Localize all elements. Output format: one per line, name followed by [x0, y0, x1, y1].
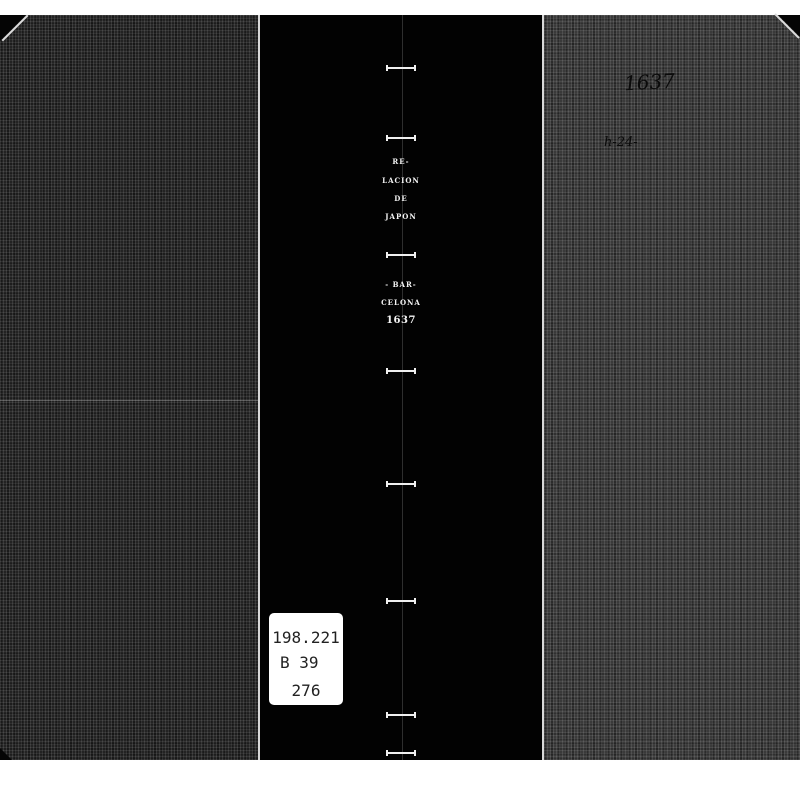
spine-title-line: LACION	[260, 176, 542, 185]
spine-title-line: - BAR-	[260, 280, 542, 289]
spine-title-line: JAPON	[260, 212, 542, 221]
book-cover: RE- LACION DE JAPON - BAR- CELONA 1637 1…	[0, 15, 800, 760]
spine-title-line: RE-	[260, 157, 542, 166]
label-line-3: 276	[269, 681, 343, 700]
front-board	[0, 15, 258, 760]
spine-band	[386, 254, 416, 256]
label-line-2: B 39	[280, 653, 354, 672]
crease-line	[0, 400, 258, 401]
spine-year: 1637	[260, 315, 542, 326]
spine-title-line: CELONA	[260, 298, 542, 307]
spine-band	[386, 67, 416, 69]
handwritten-note: h-24-	[604, 135, 638, 150]
label-line-1: 198.221	[269, 628, 343, 647]
spine-band	[386, 752, 416, 754]
spine-band	[386, 483, 416, 485]
spine-band	[386, 137, 416, 139]
spine-band	[386, 714, 416, 716]
spine-title-line: DE	[260, 194, 542, 203]
library-call-number-label: 198.221 B 39 276	[269, 613, 343, 705]
handwritten-note: 1637	[623, 69, 675, 96]
spine-band	[386, 600, 416, 602]
corner-tip-bottom-left	[0, 748, 12, 760]
spine-center-line	[402, 15, 403, 760]
spine-band	[386, 370, 416, 372]
back-board: 1637 h-24-	[544, 15, 800, 760]
spine: RE- LACION DE JAPON - BAR- CELONA 1637 1…	[260, 15, 542, 760]
